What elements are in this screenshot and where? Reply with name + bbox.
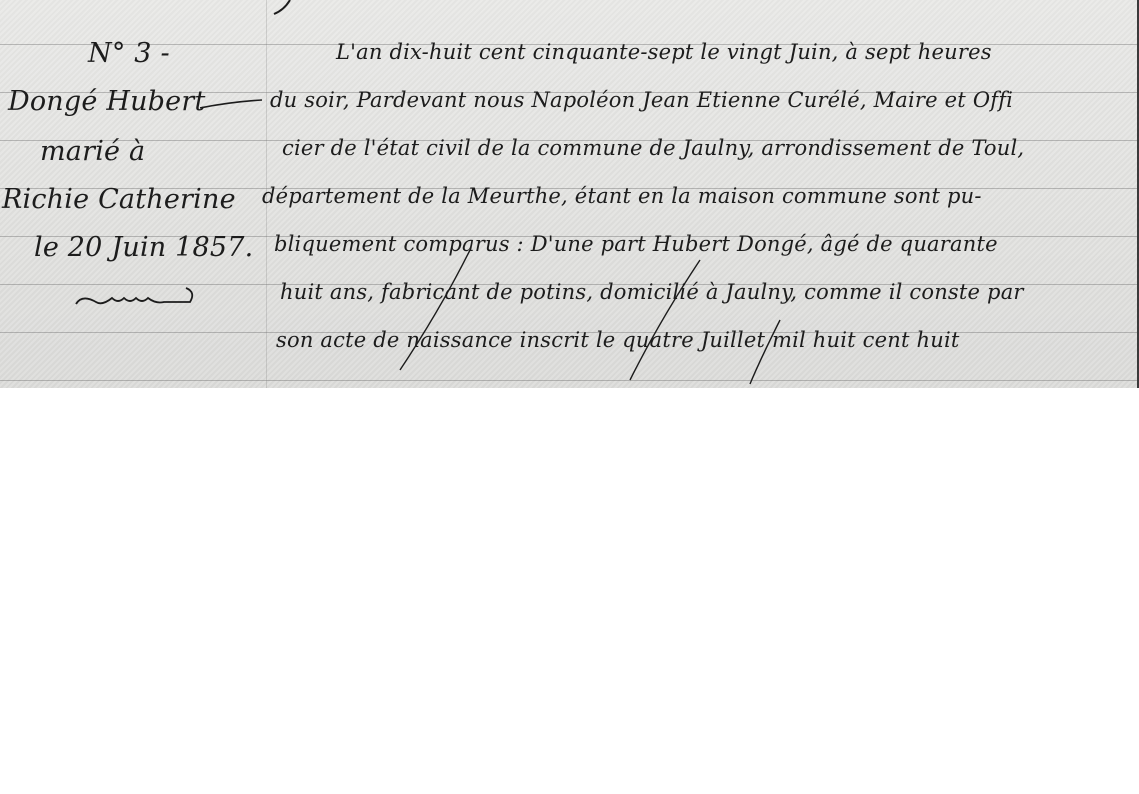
record-line-3: cier de l'état civil de la commune de Ja… xyxy=(282,136,1024,160)
record-line-4: département de la Meurthe, étant en la m… xyxy=(262,184,982,208)
marriage-date: le 20 Juin 1857. xyxy=(34,232,253,263)
groom-name: Dongé Hubert xyxy=(8,86,206,117)
bride-name: Richie Catherine xyxy=(2,184,236,215)
married-to-label: marié à xyxy=(40,136,145,167)
register-page-scan: N° 3 - Dongé Hubert marié à Richie Cathe… xyxy=(0,0,1139,388)
record-line-1: L'an dix-huit cent cinquante-sept le vin… xyxy=(336,40,992,64)
entry-number: N° 3 - xyxy=(88,38,170,69)
previous-entry-stroke xyxy=(270,0,300,20)
name-underline-flourish xyxy=(200,98,264,112)
paraph-signature xyxy=(72,282,202,316)
record-line-2: du soir, Pardevant nous Napoléon Jean Et… xyxy=(270,88,1013,112)
ink-descender-strokes xyxy=(360,250,1139,388)
